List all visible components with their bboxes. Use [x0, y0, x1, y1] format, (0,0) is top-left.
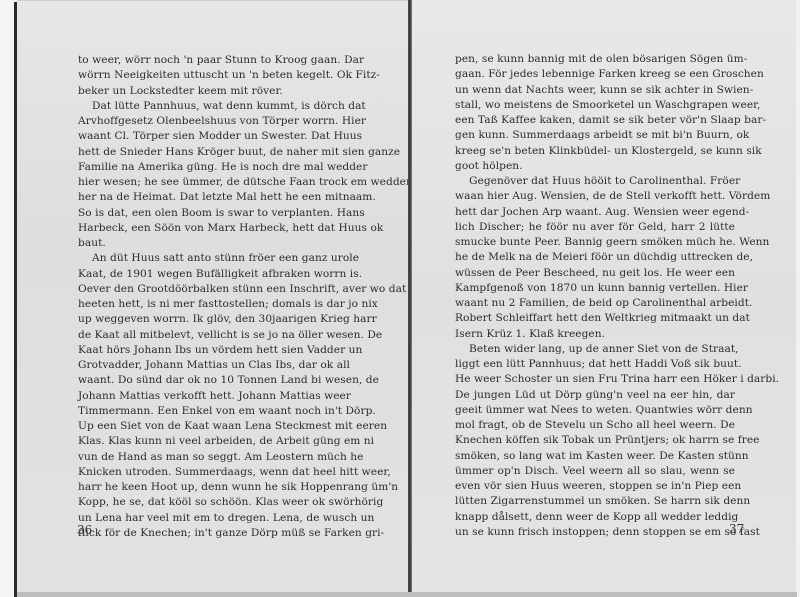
text-line: hett dar Jochen Arp waant. Aug. Wensien … [455, 205, 735, 220]
text-line: he de Melk na de Meieri föör un düchdig … [455, 250, 735, 265]
text-line: smöken, so lang wat im Kasten weer. De K… [455, 449, 735, 464]
text-line: flick för de Knechen; in't ganze Dörp mü… [78, 526, 348, 541]
right-page-number: 37 [729, 522, 744, 536]
text-line: Harbeck, een Söön von Marx Harbeck, hett… [78, 221, 348, 236]
text-line: So is dat, een olen Boom is swar to verp… [78, 206, 348, 221]
text-line: An düt Huus satt anto stünn fröer een ga… [78, 251, 348, 266]
text-line: Kaat, de 1901 wegen Bufälligkeit afbrake… [78, 267, 348, 282]
text-line: Beten wider lang, up de anner Siet von d… [455, 342, 735, 357]
text-line: Isern Krüz 1. Klaß kreegen. [455, 327, 735, 342]
text-line: wüssen de Peer Bescheed, nu geit los. He… [455, 266, 735, 281]
text-line: un Lena har veel mit em to dregen. Lena,… [78, 511, 348, 526]
text-line: waant Cl. Törper sien Modder un Swester.… [78, 129, 348, 144]
text-line: waant nu 2 Familien, de beid op Caroline… [455, 296, 735, 311]
text-line: geeit ümmer wat Nees to weten. Quantwies… [455, 403, 735, 418]
text-line: un wenn dat Nachts weer, kunn se sik ach… [455, 83, 735, 98]
text-line: Kopp, he se, dat kööl so schöön. Klas we… [78, 495, 348, 510]
text-line: mol fragt, ob de Stevelu un Scho all hee… [455, 418, 735, 433]
text-line: even vör sien Huus weeren, stoppen se in… [455, 479, 735, 494]
text-line: to weer, wörr noch 'n paar Stunn to Kroo… [78, 53, 348, 68]
text-line: kreeg se'n beten Klinkbüdel- un Klosterg… [455, 144, 735, 159]
scan-right-margin [796, 0, 800, 597]
text-line: up weggeven worrn. Ik glöv, den 30jaarig… [78, 312, 348, 327]
text-line: goot hölpen. [455, 159, 735, 174]
text-line: He weer Schoster un sien Fru Trina harr … [455, 372, 735, 387]
left-page-number: 36 [77, 523, 92, 537]
text-line: harr he keen Hoot up, denn wunn he sik H… [78, 480, 348, 495]
text-line: Up een Siet von de Kaat waan Lena Steckm… [78, 419, 348, 434]
text-line: lütten Zigarrenstummel un smöken. Se har… [455, 494, 735, 509]
text-line: un se kunn frisch instoppen; denn stoppe… [455, 525, 735, 540]
text-line: ümmer op'n Disch. Veel weern all so slau… [455, 464, 735, 479]
text-line: De jungen Lüd ut Dörp güng'n veel na eer… [455, 388, 735, 403]
text-line: Timmermann. Een Enkel von em waant noch … [78, 404, 348, 419]
scan-left-margin [0, 0, 15, 597]
text-line: hier wesen; he see ümmer, de dütsche Faa… [78, 175, 348, 190]
text-line: Kampfgenoß von 1870 un kunn bannig verte… [455, 281, 735, 296]
text-line: Knicken utroden. Summerdaags, wenn dat h… [78, 465, 348, 480]
text-line: Gegenöver dat Huus hööit to Carolinentha… [455, 174, 735, 189]
text-line: liggt een lütt Pannhuus; dat hett Haddi … [455, 357, 735, 372]
text-line: waant. Do sünd dar ok no 10 Tonnen Land … [78, 373, 348, 388]
text-line: Kaat hörs Johann Ibs un vördem hett sien… [78, 343, 348, 358]
text-line: her na de Heimat. Dat letzte Mal hett he… [78, 190, 348, 205]
text-line: stall, wo meistens de Smoorketel un Wasc… [455, 98, 735, 113]
left-page-text: to weer, wörr noch 'n paar Stunn to Kroo… [78, 53, 348, 541]
text-line: baut. [78, 236, 348, 251]
text-line: hett de Snieder Hans Kröger buut, de nah… [78, 145, 348, 160]
text-line: een Taß Kaffee kaken, damit se sik beter… [455, 113, 735, 128]
right-page: pen, se kunn bannig mit de olen bösarige… [412, 0, 796, 594]
text-line: wörrn Neeigkeiten uttuscht un 'n beten k… [78, 68, 348, 83]
text-line: Johann Mattias verkofft hett. Johann Mat… [78, 389, 348, 404]
text-line: Knechen köffen sik Tobak un Prüntjers; o… [455, 433, 735, 448]
text-line: Dat lütte Pannhuus, wat denn kummt, is d… [78, 99, 348, 114]
text-line: gaan. För jedes lebennige Farken kreeg s… [455, 67, 735, 82]
text-line: gen kunn. Summerdaags arbeidt se mit bi'… [455, 128, 735, 143]
text-line: beker un Lockstedter keem mit röver. [78, 84, 348, 99]
left-page: to weer, wörr noch 'n paar Stunn to Kroo… [17, 0, 408, 594]
text-line: pen, se kunn bannig mit de olen bösarige… [455, 52, 735, 67]
text-line: vun de Hand as man so seggt. Am Leostern… [78, 450, 348, 465]
text-line: waan hier Aug. Wensien, de de Stell verk… [455, 189, 735, 204]
text-line: heeten hett, is ni mer fasttostellen; do… [78, 297, 348, 312]
text-line: lich Discher; he föör nu aver för Geld, … [455, 220, 735, 235]
text-line: smucke bunte Peer. Bannig geern smöken m… [455, 235, 735, 250]
text-line: Klas. Klas kunn ni veel arbeiden, de Arb… [78, 434, 348, 449]
text-line: de Kaat all mitbelevt, vellicht is se jo… [78, 328, 348, 343]
book-bottom-edge [17, 592, 797, 597]
text-line: Robert Schleiffart hett den Weltkrieg mi… [455, 311, 735, 326]
text-line: Grotvadder, Johann Mattias un Clas Ibs, … [78, 358, 348, 373]
text-line: Oever den Grootdöörbalken stünn een Insc… [78, 282, 348, 297]
text-line: Familie na Amerika güng. He is noch dre … [78, 160, 348, 175]
right-page-text: pen, se kunn bannig mit de olen bösarige… [455, 52, 735, 540]
text-line: Arvhoffgesetz Olenbeelshuus von Törper w… [78, 114, 348, 129]
text-line: knapp dålsett, denn weer de Kopp all wed… [455, 510, 735, 525]
